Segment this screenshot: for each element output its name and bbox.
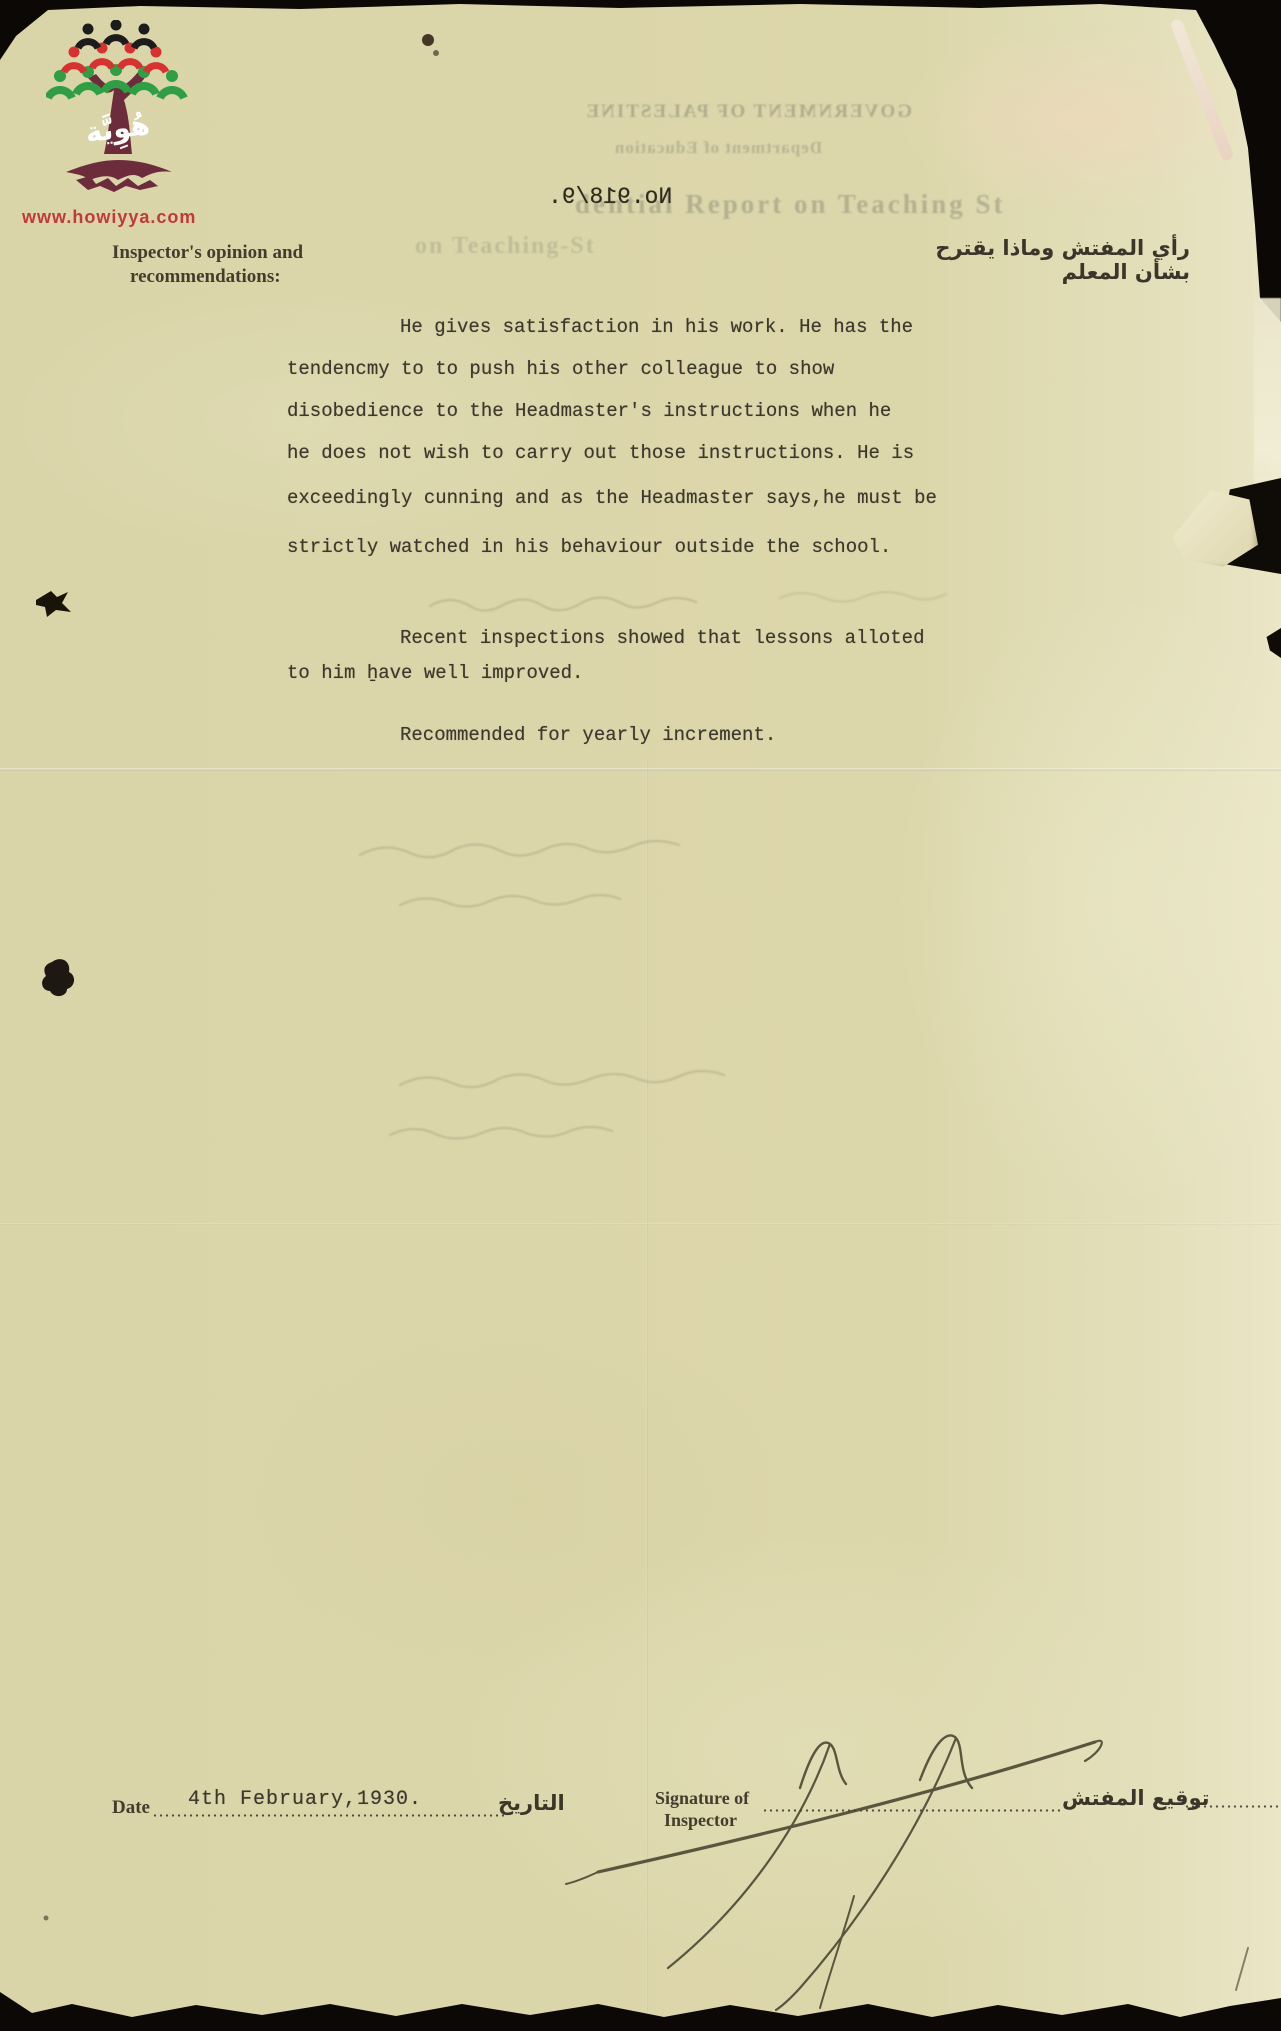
inspector-signature	[0, 0, 1281, 2031]
scanned-document-page: GOVERNMENT OF PALESTINE Department of Ed…	[0, 0, 1281, 2031]
